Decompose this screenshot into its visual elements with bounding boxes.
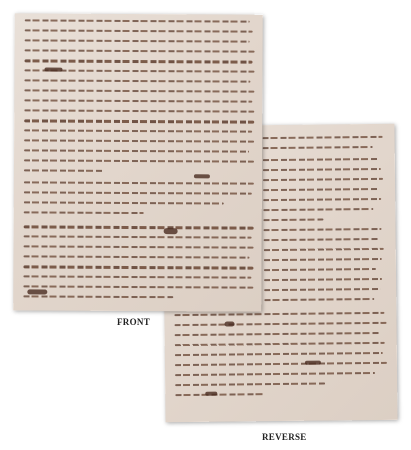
- manuscript-page-front: [13, 13, 263, 311]
- caption-front: FRONT: [117, 317, 150, 327]
- caption-reverse: REVERSE: [262, 432, 307, 442]
- handwriting-lines: [13, 13, 263, 311]
